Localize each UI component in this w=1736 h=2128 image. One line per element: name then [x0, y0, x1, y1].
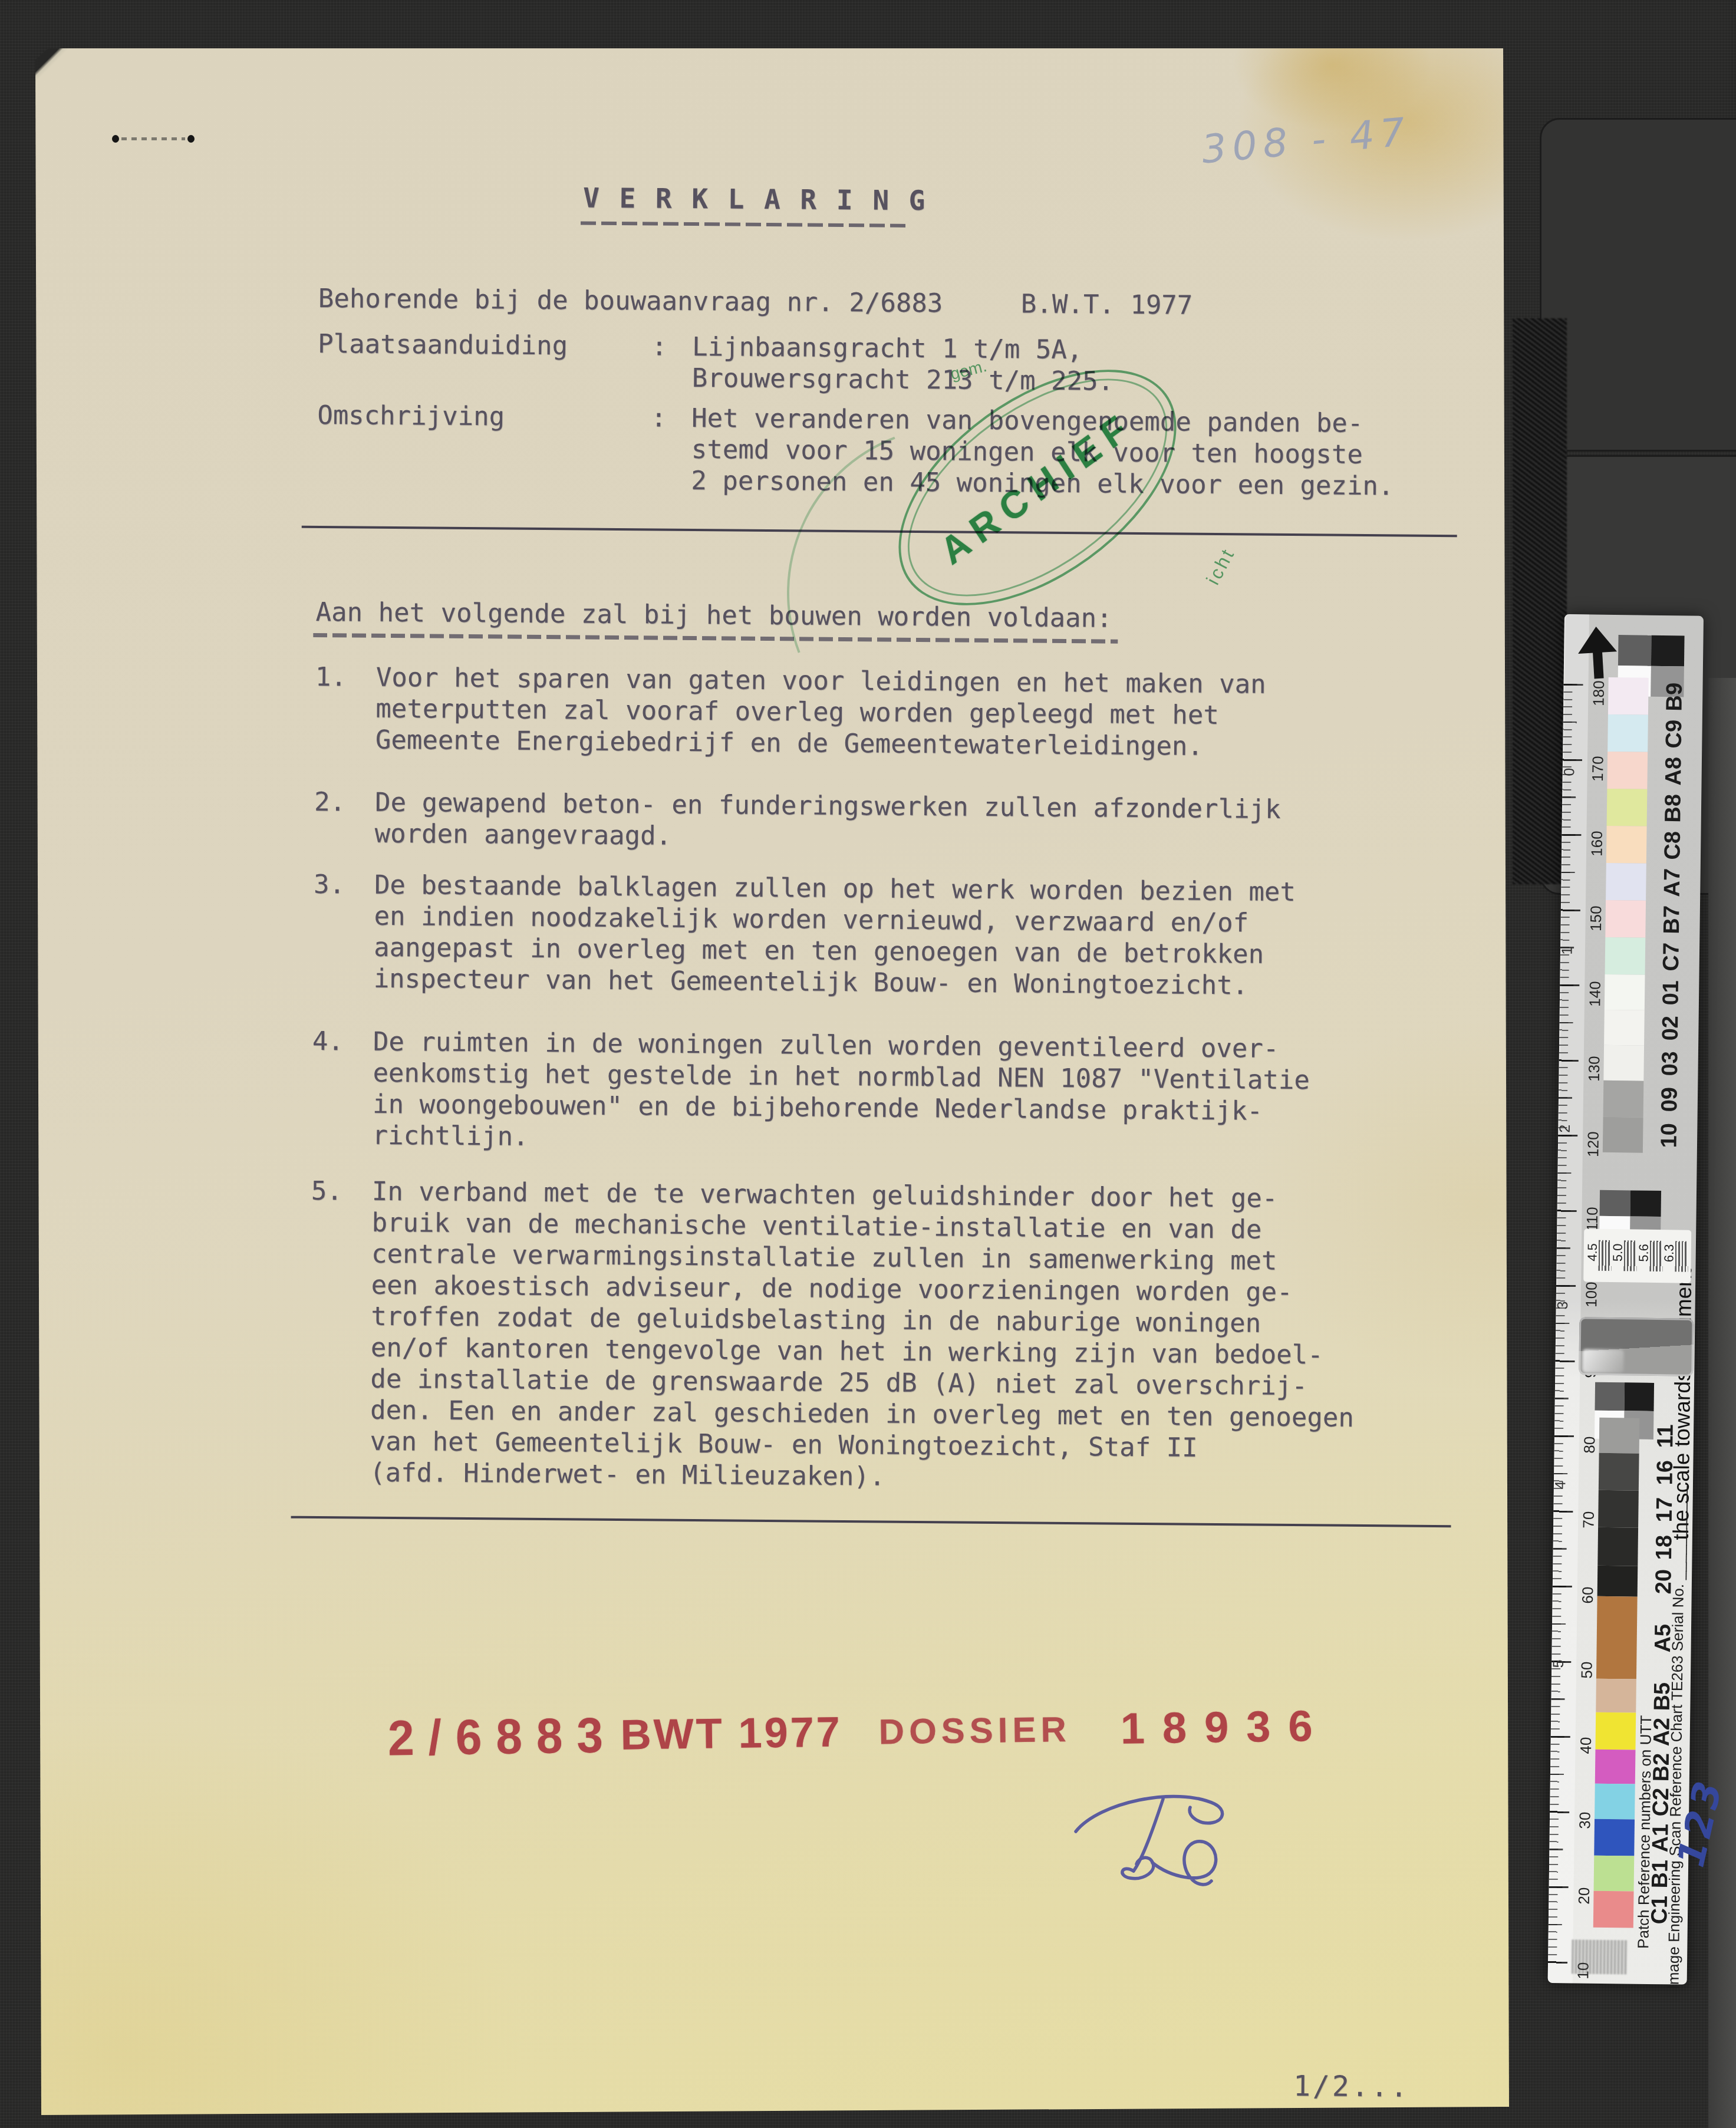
- resolution-label: 5.0: [1610, 1250, 1626, 1261]
- document-paper: 308 - 47 V E R K L A R I N G Behorende b…: [35, 48, 1509, 2115]
- resolution-label: 5.6: [1636, 1250, 1651, 1262]
- resolution-group: 5.6: [1638, 1241, 1663, 1272]
- ruler-mm-number: 130: [1585, 1051, 1604, 1086]
- condition-number: 5.: [309, 1175, 372, 1488]
- color-patch-label: C9: [1662, 713, 1688, 755]
- ruler-cm-number: 5: [1550, 1652, 1567, 1675]
- condition-text: In verband met de te verwachten geluidsh…: [370, 1176, 1356, 1496]
- color-patch: [1594, 1819, 1635, 1856]
- binding-texture: [1513, 318, 1567, 884]
- ruler-mm-number: 70: [1579, 1502, 1598, 1537]
- color-patch-label: C7: [1659, 936, 1685, 978]
- color-patch: [1605, 900, 1646, 938]
- color-patch: [1603, 1117, 1643, 1153]
- condition-text: De gewapend beton- en funderingswerken z…: [374, 787, 1280, 857]
- color-patch-label: 10: [1656, 1115, 1682, 1157]
- color-patch-column-upper: B9 C9 A8 B8 C8: [1603, 677, 1703, 1154]
- color-patch-row: C9: [1607, 714, 1702, 753]
- ruler-cm-number: 1: [1559, 938, 1576, 962]
- color-patch-label: B7: [1659, 899, 1685, 941]
- ruler-mm-number: 40: [1577, 1728, 1596, 1763]
- color-patch: [1597, 1527, 1638, 1566]
- resolution-group: 4.5: [1586, 1240, 1612, 1271]
- ruler-mm-number: 60: [1579, 1577, 1597, 1613]
- color-patch-row: 11: [1599, 1418, 1694, 1454]
- color-patch: [1605, 974, 1645, 1010]
- color-patch-row: B9: [1608, 677, 1703, 716]
- binding-tab-top: [1540, 118, 1736, 452]
- color-patch-row: C7: [1605, 937, 1700, 976]
- color-patch: [1598, 1490, 1639, 1528]
- color-patch-row: B8: [1607, 789, 1702, 827]
- resolution-label: 6.3: [1662, 1250, 1677, 1262]
- color-patch: [1604, 1010, 1645, 1046]
- resolution-group: 6.3: [1663, 1241, 1689, 1272]
- condition-item: 2. De gewapend beton- en funderingswerke…: [314, 786, 1280, 857]
- condition-number: 2.: [314, 786, 375, 849]
- condition-text: De bestaande balklagen zullen op het wer…: [374, 869, 1296, 1002]
- condition-number: 1.: [315, 661, 376, 756]
- resolution-label: 4.5: [1585, 1250, 1600, 1261]
- ruler-cm-number: 4: [1552, 1473, 1569, 1497]
- condition-text: De ruimten in de woningen zullen worden …: [372, 1026, 1310, 1158]
- color-patch: [1603, 1045, 1644, 1081]
- color-patch-row: A7: [1606, 863, 1701, 901]
- ruler-cm-number: 3: [1554, 1293, 1572, 1317]
- condition-item: 4. De ruimten in de woningen zullen word…: [311, 1026, 1310, 1158]
- color-patch: [1597, 1566, 1638, 1597]
- color-patch-row: A8: [1607, 752, 1702, 790]
- resolution-group: 5.0: [1612, 1240, 1638, 1271]
- color-patch: [1599, 1418, 1640, 1454]
- color-patch: [1607, 714, 1648, 752]
- color-patch-row: 01: [1605, 974, 1699, 1011]
- ruler-mm-number: 20: [1575, 1878, 1594, 1913]
- ruler-mm-number: 140: [1586, 976, 1605, 1012]
- color-patch-label: 09: [1657, 1079, 1683, 1121]
- condition-item: 1. Voor het sparen van gaten voor leidin…: [315, 661, 1266, 763]
- ruler-mm-number: 50: [1577, 1652, 1596, 1688]
- ruler-mm-number: 30: [1576, 1803, 1595, 1838]
- color-patch-label: B9: [1662, 676, 1688, 718]
- color-patch-label: A7: [1660, 862, 1686, 904]
- color-patch: [1608, 677, 1649, 715]
- ruler-mm-number: 100: [1582, 1277, 1601, 1312]
- color-patch-label: C8: [1660, 825, 1686, 867]
- calibration-ruler: 180 170 160 150 140 130 120 110 100 90 8…: [1548, 614, 1704, 1985]
- ruler-mm-number: 150: [1587, 901, 1606, 936]
- color-patch-row: C8: [1606, 826, 1701, 864]
- color-patch: [1607, 752, 1648, 789]
- color-patch: [1595, 1784, 1635, 1820]
- resolution-stripes-icon: [1675, 1241, 1689, 1271]
- page-number: 1/2...: [1293, 2071, 1410, 2103]
- color-patch: [1595, 1712, 1636, 1750]
- color-patch: [1599, 1453, 1639, 1491]
- resolution-stripes-icon: [1624, 1240, 1638, 1271]
- color-patch-row: 02: [1604, 1010, 1699, 1046]
- color-patch-label: A8: [1661, 750, 1687, 792]
- color-patch: [1596, 1679, 1636, 1713]
- color-patch-label: 03: [1658, 1043, 1684, 1085]
- signature-scribble: [1064, 1775, 1300, 1899]
- color-patch-row: 10: [1603, 1117, 1698, 1154]
- color-patch-label: B8: [1661, 788, 1686, 829]
- binding-edge: [1708, 678, 1736, 2128]
- ink-smudge: [1572, 1939, 1628, 1974]
- dossier-stamp-label: DOSSIER: [878, 1708, 1071, 1752]
- condition-item: 5. In verband met de te verwachten gelui…: [309, 1175, 1356, 1496]
- color-patch-row: B7: [1605, 900, 1700, 938]
- color-patch-label: 11: [1653, 1415, 1679, 1457]
- ruler-cm-number: 2: [1557, 1116, 1574, 1140]
- ruler-footer-note: Patch Reference numbers on UTT: [1634, 1715, 1655, 1949]
- color-patch-row: 09: [1603, 1081, 1698, 1118]
- ruler-mm-number: 120: [1584, 1126, 1603, 1162]
- color-patch: [1593, 1891, 1634, 1928]
- color-patch: [1603, 1081, 1644, 1118]
- silver-sticker: [1579, 1317, 1694, 1376]
- color-patch: [1594, 1856, 1635, 1892]
- dossier-stamp-dossier-number: 18936: [1120, 1700, 1330, 1753]
- color-patch-row: 03: [1603, 1045, 1698, 1082]
- scan-background: 308 - 47 V E R K L A R I N G Behorende b…: [0, 0, 1736, 2128]
- color-patch: [1606, 863, 1646, 901]
- color-patch: [1605, 937, 1646, 975]
- condition-number: 3.: [313, 869, 375, 994]
- color-patch: [1595, 1750, 1636, 1784]
- ruler-mm-number: 170: [1589, 751, 1607, 786]
- color-patch: [1596, 1596, 1638, 1679]
- condition-number: 4.: [311, 1026, 373, 1151]
- color-patch: [1606, 826, 1647, 864]
- resolution-test-box: 4.5 5.0 5.6 6.3: [1583, 1228, 1691, 1283]
- dossier-stamp-number: 2/6883: [387, 1707, 617, 1767]
- dossier-stamp-code: BWT 1977: [620, 1708, 842, 1759]
- color-patch: [1607, 789, 1648, 826]
- ruler-mm-number: 160: [1587, 826, 1606, 861]
- ruler-cm-number: 0: [1561, 760, 1578, 783]
- condition-item: 3. De bestaande balklagen zullen op het …: [313, 869, 1296, 1002]
